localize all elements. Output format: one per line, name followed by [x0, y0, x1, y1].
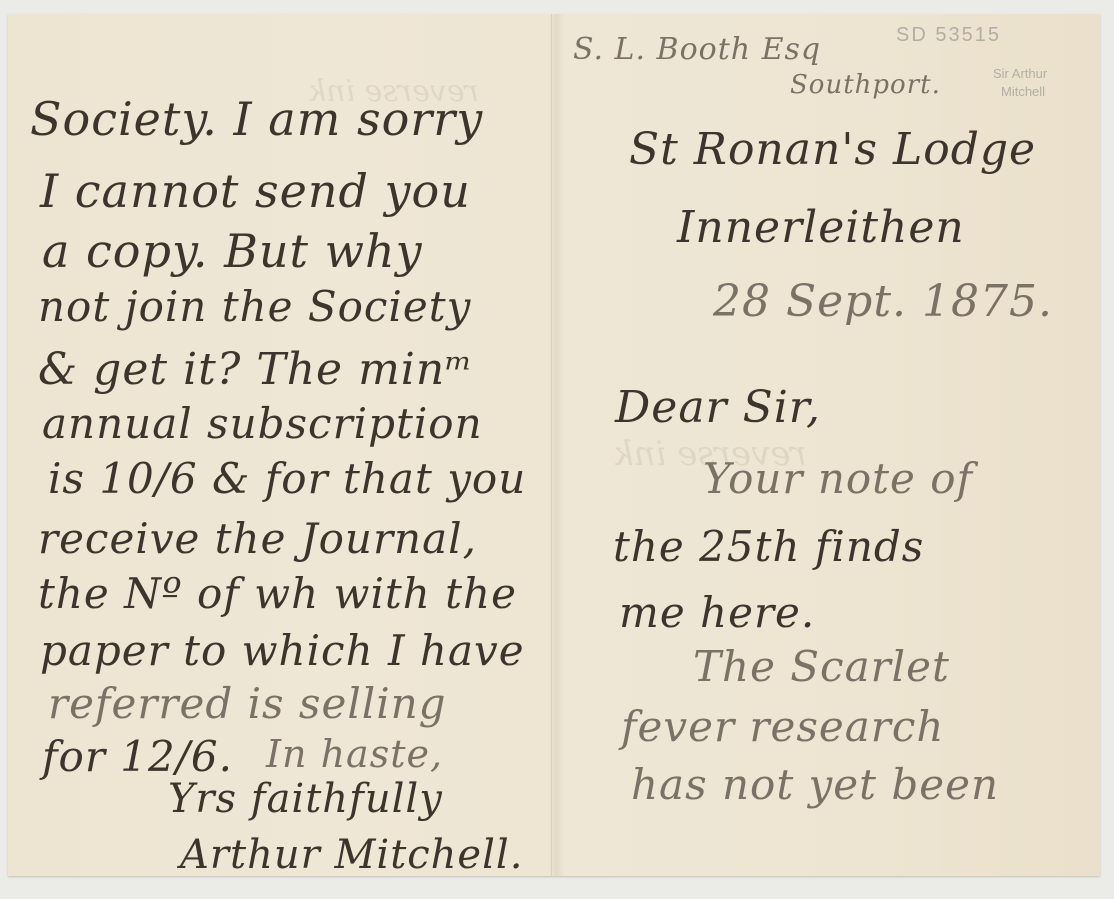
letter-line: has not yet been [631, 760, 999, 809]
letter-line: Society. I am sorry [30, 92, 483, 146]
addressee: S. L. Booth Esq [573, 32, 821, 67]
letter-line: is 10/6 & for that you [48, 454, 526, 503]
letter-line: paper to which I have [40, 626, 525, 675]
addressee-location: Southport. [790, 70, 941, 100]
signature: Arthur Mitchell. [180, 832, 523, 878]
letter-line: annual subscription [42, 399, 483, 448]
letter-line: receive the Journal, [38, 514, 477, 563]
salutation: Dear Sir, [615, 382, 821, 433]
address-line: Innerleithen [677, 202, 965, 253]
letter-line: the 25th finds [613, 522, 924, 571]
right-page: reverse ink SD 53515 Sir Arthur Mitchell… [553, 14, 1100, 876]
left-page: reverse ink Society. I am sorry I cannot… [8, 14, 551, 876]
letter-line: me here. [619, 588, 815, 637]
letter-line: the Nº of wh with the [38, 569, 517, 618]
letter-sheet: reverse ink Society. I am sorry I cannot… [8, 14, 1100, 876]
letter-line: for 12/6. [42, 732, 233, 781]
attribution-line-1: Sir Arthur [993, 66, 1047, 81]
letter-line: referred is selling [48, 679, 447, 728]
letter-line: I cannot send you [40, 164, 471, 218]
letter-line: & get it? The minᵐ [38, 344, 473, 395]
letter-line: The Scarlet [693, 642, 950, 691]
letter-closing: In haste, [266, 732, 443, 776]
letter-line: not join the Society [38, 282, 471, 331]
attribution-line-2: Mitchell [1001, 84, 1045, 99]
address-line: St Ronan's Lodge [629, 124, 1036, 175]
valediction: Yrs faithfully [168, 776, 443, 822]
letter-line: Your note of [703, 454, 973, 503]
letter-date: 28 Sept. 1875. [713, 276, 1053, 327]
letter-line: a copy. But why [42, 224, 423, 278]
letter-line: fever research [621, 702, 944, 751]
catalog-number: SD 53515 [896, 24, 1001, 47]
